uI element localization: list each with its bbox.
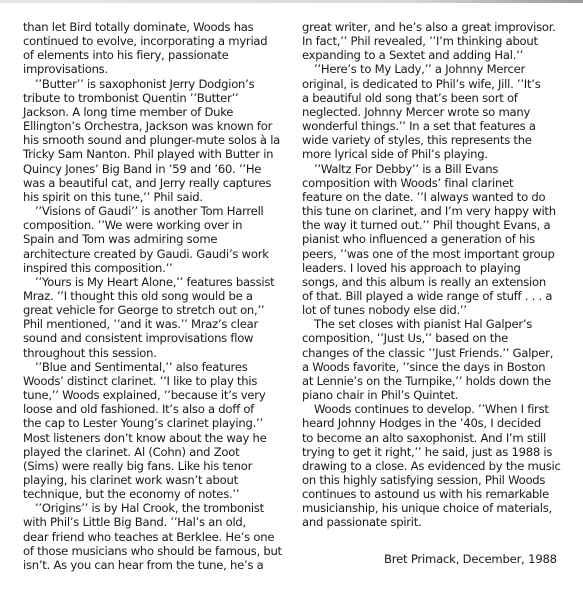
text-line: Woods’ distinct clarinet. ’’I like to pl… [23,374,298,388]
text-line: Phil mentioned, ’’and it was.’’ Mraz’s c… [23,317,298,331]
text-line: lot of tunes nobody else did.’’ [302,303,572,317]
text-line: leaders. I loved his approach to playing [302,261,572,275]
text-line: wide variety of styles, this represents … [302,133,572,147]
text-line: songs, and this album is really an exten… [302,275,572,289]
text-line: with Phil’s Little Big Band. ’’Hal’s an … [23,515,298,529]
paragraph-start-line: ’’Visions of Gaudi’’ is another Tom Harr… [23,204,298,218]
text-line: inspired this composition.’’ [23,261,298,275]
text-line: throughout this session. [23,346,298,360]
text-line: composition, ’’Just Us,’’ based on the [302,331,572,345]
text-line: heard Johnny Hodges in the ’40s, I decid… [302,416,572,430]
text-line: composition. ’’We were working over in [23,218,298,232]
text-line: of that. Bill played a wide range of stu… [302,289,572,303]
text-line: sound and consistent improvisations flow [23,331,298,345]
page-top-edge [0,0,583,3]
left-text-column: than let Bird totally dominate, Woods ha… [23,20,298,572]
paragraph-start-line: ’’Blue and Sentimental,’’ also features [23,360,298,374]
text-line: more lyrical side of Phil’s playing. [302,147,572,161]
text-line: piano chair in Phil’s Quintet. [302,388,572,402]
right-text-column: great writer, and he’s also a great impr… [302,20,572,530]
text-line: Ellington’s Orchestra, Jackson was known… [23,119,298,133]
text-line: original, is dedicated to Phil’s wife, J… [302,77,572,91]
paragraph-start-line: Woods continues to develop. ’’When I fir… [302,402,572,416]
text-line: musicianship, his unique choice of mater… [302,501,572,515]
text-line: loose and old fashioned. It’s also a dof… [23,402,298,416]
text-line: playing, his clarinet work wasn’t about [23,473,298,487]
text-line: Jackson. A long time member of Duke [23,105,298,119]
text-line: the way it turned out.’’ Phil thought Ev… [302,218,572,232]
text-line: played the clarinet. Al (Cohn) and Zoot [23,445,298,459]
text-line: a Woods favorite, ’’since the days in Bo… [302,360,572,374]
text-line: great writer, and he’s also a great impr… [302,20,572,34]
paragraph-start-line: ’’Origins’’ is by Hal Crook, the trombon… [23,501,298,515]
text-line: architecture created by Gaudi. Gaudi’s w… [23,247,298,261]
text-line: his spirit on this tune,’’ Phil said. [23,190,298,204]
text-line: continued to evolve, incorporating a myr… [23,34,298,48]
text-line: technique, but the economy of notes.’’ [23,487,298,501]
text-line: composition with Woods’ final clarinet [302,176,572,190]
text-line: peers, ’’was one of the most important g… [302,247,572,261]
text-line: tune,’’ Woods explained, ’’because it’s … [23,388,298,402]
text-line: tribute to trombonist Quentin ’’Butter’’ [23,91,298,105]
text-line: his smooth sound and plunger-mute solos … [23,133,298,147]
text-line: to become an alto saxophonist. And I’m s… [302,431,572,445]
text-line: Mraz. ’’I thought this old song would be… [23,289,298,303]
text-line: than let Bird totally dominate, Woods ha… [23,20,298,34]
text-line: (Sims) were really big fans. Like his te… [23,459,298,473]
text-line: dear friend who teaches at Berklee. He’s… [23,530,298,544]
text-line: and passionate spirit. [302,515,572,529]
text-line: of those musicians who should be famous,… [23,544,298,558]
text-line: the cap to Lester Young’s clarinet playi… [23,416,298,430]
author-signature: Bret Primack, December, 1988 [384,552,557,566]
paragraph-start-line: ’’Waltz For Debby’’ is a Bill Evans [302,162,572,176]
text-line: isn’t. As you can hear from the tune, he… [23,558,298,572]
text-line: feature on the date. ’’I always wanted t… [302,190,572,204]
text-line: neglected. Johnny Mercer wrote so many [302,105,572,119]
paragraph-start-line: ’’Butter’’ is saxophonist Jerry Dodgion’… [23,77,298,91]
text-line: improvisations. [23,62,298,76]
text-line: In fact,’’ Phil revealed, ’’I’m thinking… [302,34,572,48]
text-line: changes of the classic ’’Just Friends.’’… [302,346,572,360]
text-line: trying to get it right,’’ he said, just … [302,445,572,459]
text-line: Tricky Sam Nanton. Phil played with Butt… [23,147,298,161]
text-line: Quincy Jones’ Big Band in ’59 and ’60. ’… [23,162,298,176]
text-line: on this highly satisfying session, Phil … [302,473,572,487]
text-line: great vehicle for George to stretch out … [23,303,298,317]
text-line: a beautiful old song that’s been sort of [302,91,572,105]
text-line: expanding to a Sextet and adding Hal.’’ [302,48,572,62]
text-line: Most listeners don’t know about the way … [23,431,298,445]
text-line: continues to astound us with his remarka… [302,487,572,501]
text-line: Spain and Tom was admiring some [23,232,298,246]
text-line: drawing to a close. As evidenced by the … [302,459,572,473]
text-line: of elements into his fiery, passionate [23,48,298,62]
paragraph-start-line: ’’Yours is My Heart Alone,’’ features ba… [23,275,298,289]
text-line: was a beautiful cat, and Jerry really ca… [23,176,298,190]
text-line: this tune on clarinet, and I’m very happ… [302,204,572,218]
paragraph-start-line: The set closes with pianist Hal Galper’s [302,317,572,331]
text-line: pianist who influenced a generation of h… [302,232,572,246]
paragraph-start-line: ’’Here’s to My Lady,’’ a Johnny Mercer [302,62,572,76]
text-line: wonderful things.’’ In a set that featur… [302,119,572,133]
text-line: at Lennie’s on the Turnpike,’’ holds dow… [302,374,572,388]
